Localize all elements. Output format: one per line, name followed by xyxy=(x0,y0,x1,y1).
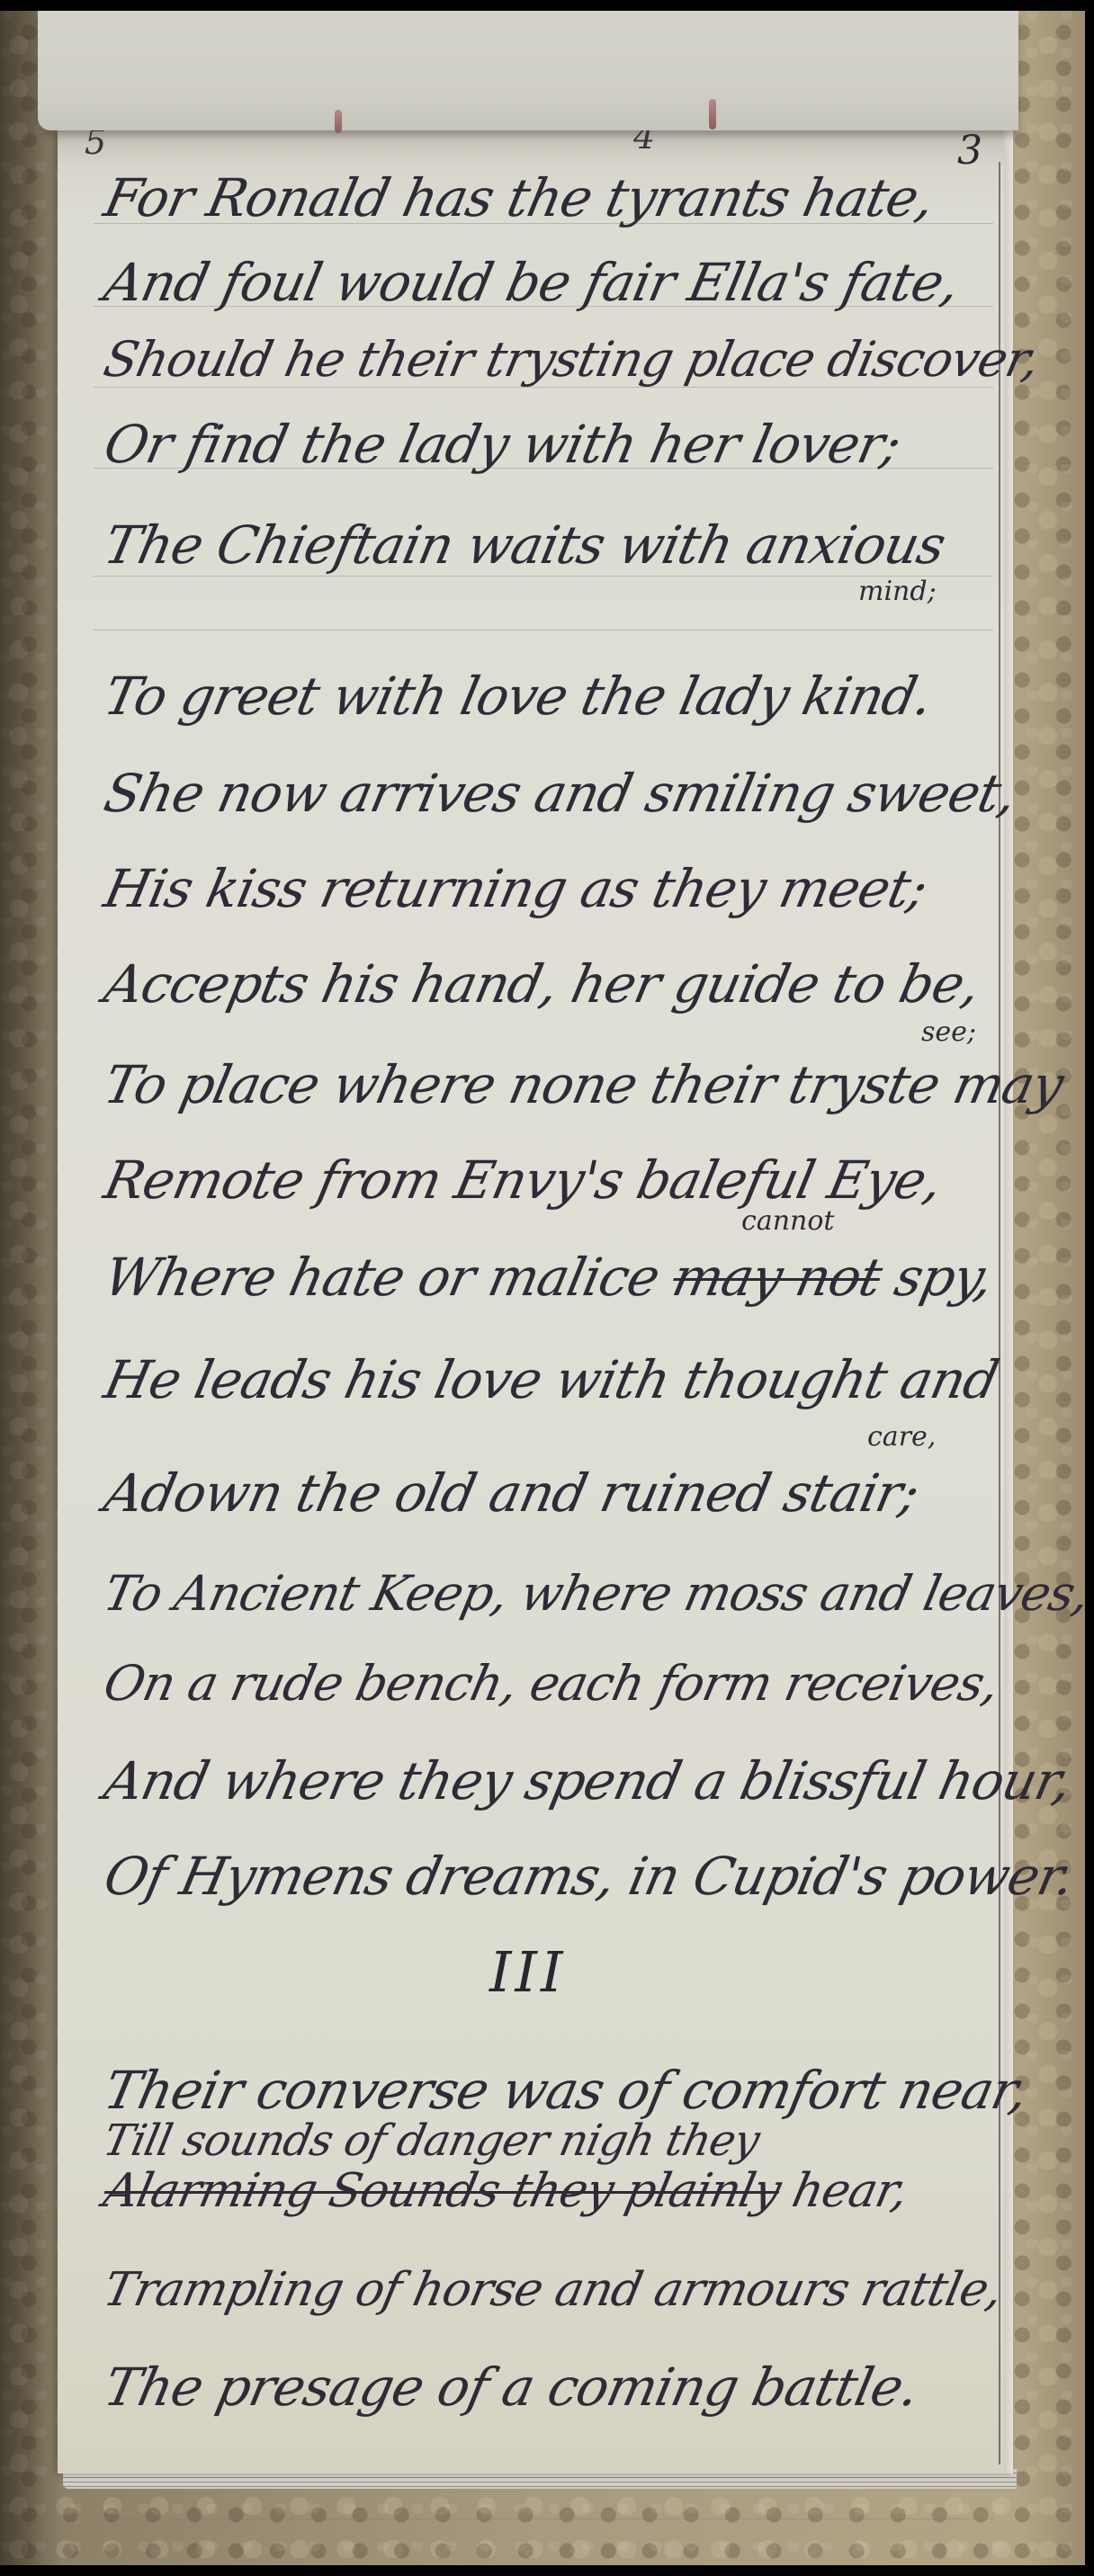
verse-line: Where hate or malice may not spy, xyxy=(99,1247,998,1308)
page-shade xyxy=(58,126,1013,166)
verse-line: Adown the old and ruined stair; xyxy=(99,1462,924,1524)
line-continuation: mind; xyxy=(858,576,937,607)
folded-upper-page xyxy=(38,11,1018,130)
correction-line: Till sounds of danger nigh they xyxy=(99,2115,764,2166)
verse-line: Trampling of horse and armours rattle, xyxy=(99,2263,1007,2317)
verse-text: hear, xyxy=(787,2164,912,2218)
interlinear-insertion: see; xyxy=(921,1016,976,1048)
shadow xyxy=(0,11,63,2565)
ruled-line xyxy=(94,630,993,631)
verse-line: Alarming Sounds they plainly hear, xyxy=(99,2164,912,2218)
verse-text: spy, xyxy=(890,1247,999,1308)
verse-text: Where hate or malice xyxy=(99,1247,665,1308)
struck-text: may not xyxy=(668,1247,887,1308)
verse-line: Accepts his hand, her guide to be, xyxy=(99,953,985,1015)
verse-line: Or find the lady with her lover; xyxy=(99,414,906,475)
verse-line: And where they spend a blissful hour, xyxy=(99,1750,1076,1811)
notebook-page: 5 4 3 For Ronald has the tyrants hate, A… xyxy=(58,126,1013,2473)
verse-line: To greet with love the lady kind. xyxy=(99,666,937,727)
verse-line: His kiss returning as they meet; xyxy=(99,858,932,919)
verse-line: On a rude bench, each form receives, xyxy=(99,1655,1004,1712)
verse-line: And foul would be fair Ella's fate, xyxy=(99,252,964,313)
line-continuation: care, xyxy=(867,1421,936,1453)
page-number: 3 xyxy=(957,128,982,174)
verse-line: For Ronald has the tyrants hate, xyxy=(99,167,939,228)
binding-stitch xyxy=(335,110,342,133)
binding-stitch xyxy=(709,99,716,130)
section-heading: III xyxy=(489,1939,566,2005)
page-right-edge xyxy=(1004,126,1013,2473)
verse-line: To place where none their tryste may xyxy=(99,1054,1068,1115)
struck-text: Alarming Sounds they plainly xyxy=(99,2164,785,2218)
verse-line: The presage of a coming battle. xyxy=(99,2357,924,2418)
interlinear-insertion: cannot xyxy=(741,1205,834,1237)
verse-line: Of Hymens dreams, in Cupid's power. xyxy=(99,1846,1079,1907)
verse-line: The Chieftain waits with anxious xyxy=(99,514,950,576)
verse-line: To Ancient Keep, where moss and leaves, xyxy=(99,1565,1094,1622)
verse-line: She now arrives and smiling sweet, xyxy=(99,763,1021,824)
verse-line: He leads his love with thought and xyxy=(99,1349,1003,1410)
ruled-line xyxy=(94,2518,993,2519)
verse-line: Should he their trysting place discover, xyxy=(99,331,1044,388)
verse-line: Remote from Envy's baleful Eye, xyxy=(99,1149,947,1211)
verse-line: Their converse was of comfort near, xyxy=(99,2060,1033,2121)
